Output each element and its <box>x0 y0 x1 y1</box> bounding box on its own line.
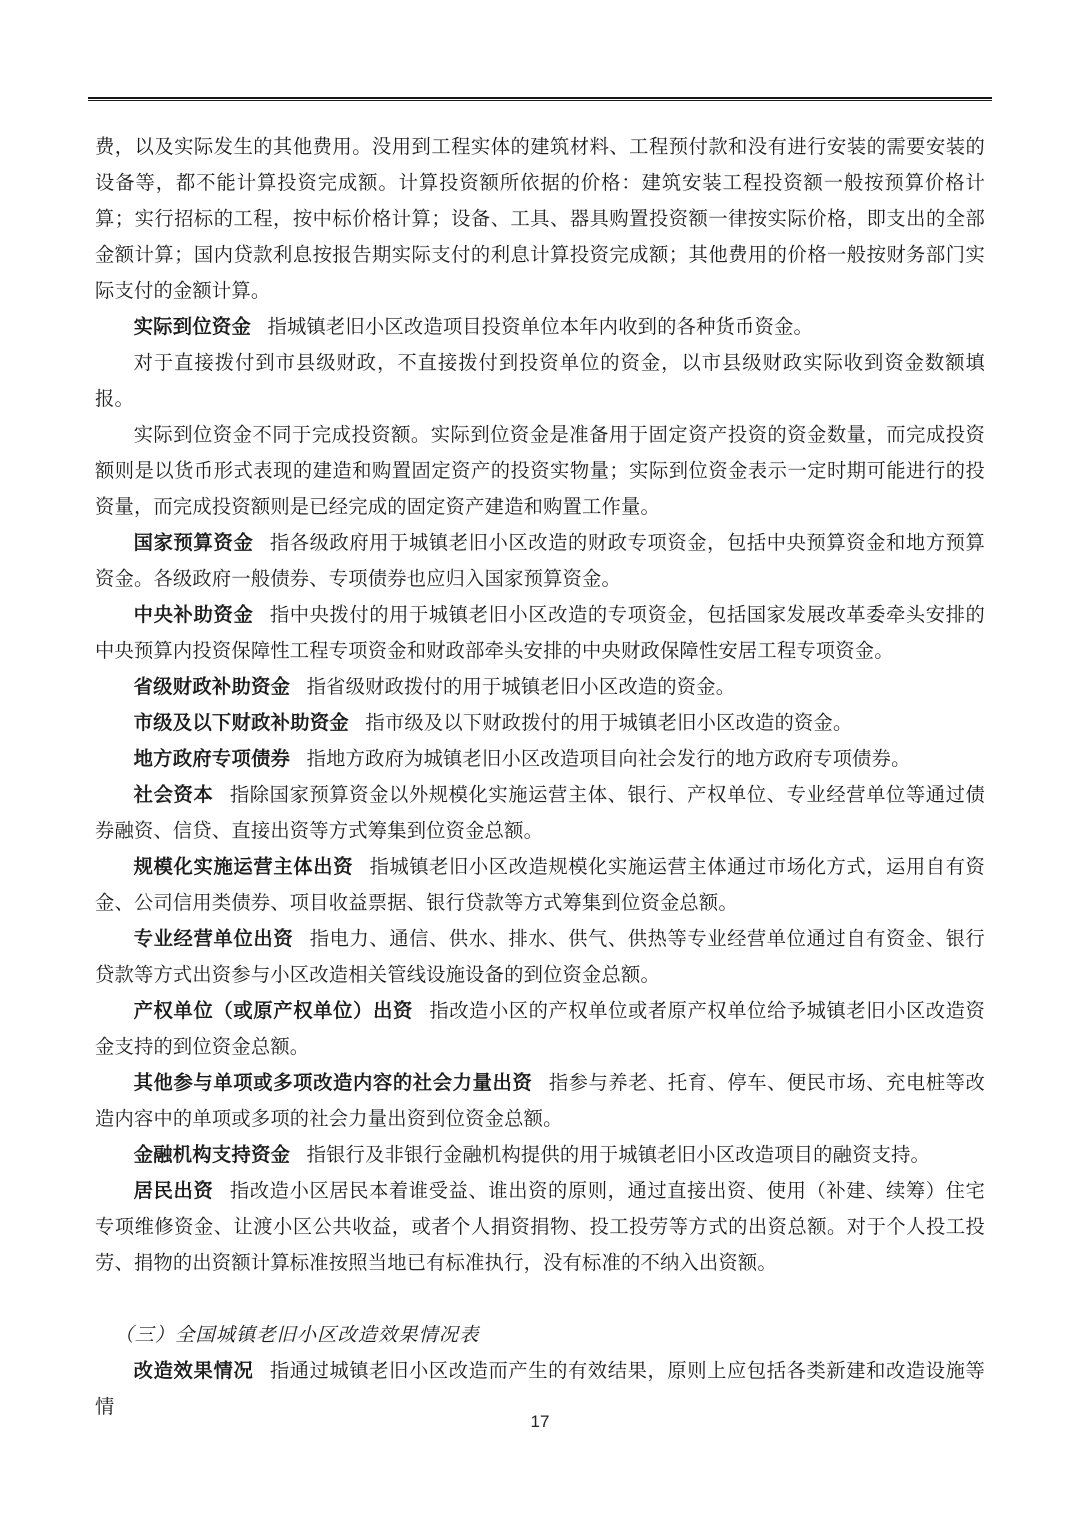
definition-text: 指地方政府为城镇老旧小区改造项目向社会发行的地方政府专项债券。 <box>307 749 911 770</box>
definition-paragraph: 中央补助资金指中央拨付的用于城镇老旧小区改造的专项资金，包括国家发展改革委牵头安… <box>95 598 985 670</box>
definition-term: 专业经营单位出资 <box>134 929 294 950</box>
definition-paragraph: 居民出资指改造小区居民本着谁受益、谁出资的原则，通过直接出资、使用（补建、续筹）… <box>95 1174 985 1282</box>
definition-term: 改造效果情况 <box>134 1361 254 1382</box>
definition-paragraph: 专业经营单位出资指电力、通信、供水、排水、供气、供热等专业经营单位通过自有资金、… <box>95 922 985 994</box>
definition-text: 指省级财政拨付的用于城镇老旧小区改造的资金。 <box>307 677 736 698</box>
definition-term: 实际到位资金 <box>134 317 252 338</box>
section-heading: （三）全国城镇老旧小区改造效果情况表 <box>95 1318 985 1354</box>
paragraph: 费，以及实际发生的其他费用。没用到工程实体的建筑材料、工程预付款和没有进行安装的… <box>95 130 985 310</box>
definition-term: 其他参与单项或多项改造内容的社会力量出资 <box>134 1073 533 1094</box>
body-text: 费，以及实际发生的其他费用。没用到工程实体的建筑材料、工程预付款和没有进行安装的… <box>95 137 985 302</box>
definition-term: 中央补助资金 <box>134 605 254 626</box>
definition-paragraph: 地方政府专项债券指地方政府为城镇老旧小区改造项目向社会发行的地方政府专项债券。 <box>95 742 985 778</box>
header-rule <box>88 97 992 101</box>
body-text: 对于直接拨付到市县级财政，不直接拨付到投资单位的资金，以市县级财政实际收到资金数… <box>95 353 985 410</box>
definition-term: 市级及以下财政补助资金 <box>134 713 349 734</box>
definition-text: 指除国家预算资金以外规模化实施运营主体、银行、产权单位、专业经营单位等通过债券融… <box>95 785 985 842</box>
paragraph: 对于直接拨付到市县级财政，不直接拨付到投资单位的资金，以市县级财政实际收到资金数… <box>95 346 985 418</box>
definition-term: 地方政府专项债券 <box>134 749 291 770</box>
definition-term: 国家预算资金 <box>134 533 254 554</box>
definition-term: 产权单位（或原产权单位）出资 <box>134 1001 413 1022</box>
definition-term: 社会资本 <box>134 785 214 806</box>
paragraph: 实际到位资金不同于完成投资额。实际到位资金是准备用于固定资产投资的资金数量，而完… <box>95 418 985 526</box>
definition-paragraph: 规模化实施运营主体出资指城镇老旧小区改造规模化实施运营主体通过市场化方式，运用自… <box>95 850 985 922</box>
body-text: 实际到位资金不同于完成投资额。实际到位资金是准备用于固定资产投资的资金数量，而完… <box>95 425 985 518</box>
definition-text: 指城镇老旧小区改造项目投资单位本年内收到的各种货币资金。 <box>267 317 812 338</box>
definition-text: 指银行及非银行金融机构提供的用于城镇老旧小区改造项目的融资支持。 <box>307 1145 930 1166</box>
definition-paragraph: 金融机构支持资金指银行及非银行金融机构提供的用于城镇老旧小区改造项目的融资支持。 <box>95 1138 985 1174</box>
document-body: 费，以及实际发生的其他费用。没用到工程实体的建筑材料、工程预付款和没有进行安装的… <box>95 130 985 1426</box>
document-page: 费，以及实际发生的其他费用。没用到工程实体的建筑材料、工程预付款和没有进行安装的… <box>0 0 1080 1527</box>
definition-term: 居民出资 <box>134 1181 214 1202</box>
definition-paragraph: 社会资本指除国家预算资金以外规模化实施运营主体、银行、产权单位、专业经营单位等通… <box>95 778 985 850</box>
definition-paragraph: 实际到位资金指城镇老旧小区改造项目投资单位本年内收到的各种货币资金。 <box>95 310 985 346</box>
definition-term: 省级财政补助资金 <box>134 677 291 698</box>
definition-paragraph: 其他参与单项或多项改造内容的社会力量出资指参与养老、托育、停车、便民市场、充电桩… <box>95 1066 985 1138</box>
definition-paragraph: 产权单位（或原产权单位）出资指改造小区的产权单位或者原产权单位给予城镇老旧小区改… <box>95 994 985 1066</box>
page-number: 17 <box>0 1412 1080 1432</box>
definition-text: 指市级及以下财政拨付的用于城镇老旧小区改造的资金。 <box>365 713 852 734</box>
definition-text: 指改造小区居民本着谁受益、谁出资的原则，通过直接出资、使用（补建、续筹）住宅专项… <box>95 1181 985 1274</box>
definition-term: 金融机构支持资金 <box>134 1145 291 1166</box>
definition-paragraph: 市级及以下财政补助资金指市级及以下财政拨付的用于城镇老旧小区改造的资金。 <box>95 706 985 742</box>
definition-paragraph: 国家预算资金指各级政府用于城镇老旧小区改造的财政专项资金，包括中央预算资金和地方… <box>95 526 985 598</box>
definition-paragraph: 省级财政补助资金指省级财政拨付的用于城镇老旧小区改造的资金。 <box>95 670 985 706</box>
definition-term: 规模化实施运营主体出资 <box>134 857 354 878</box>
